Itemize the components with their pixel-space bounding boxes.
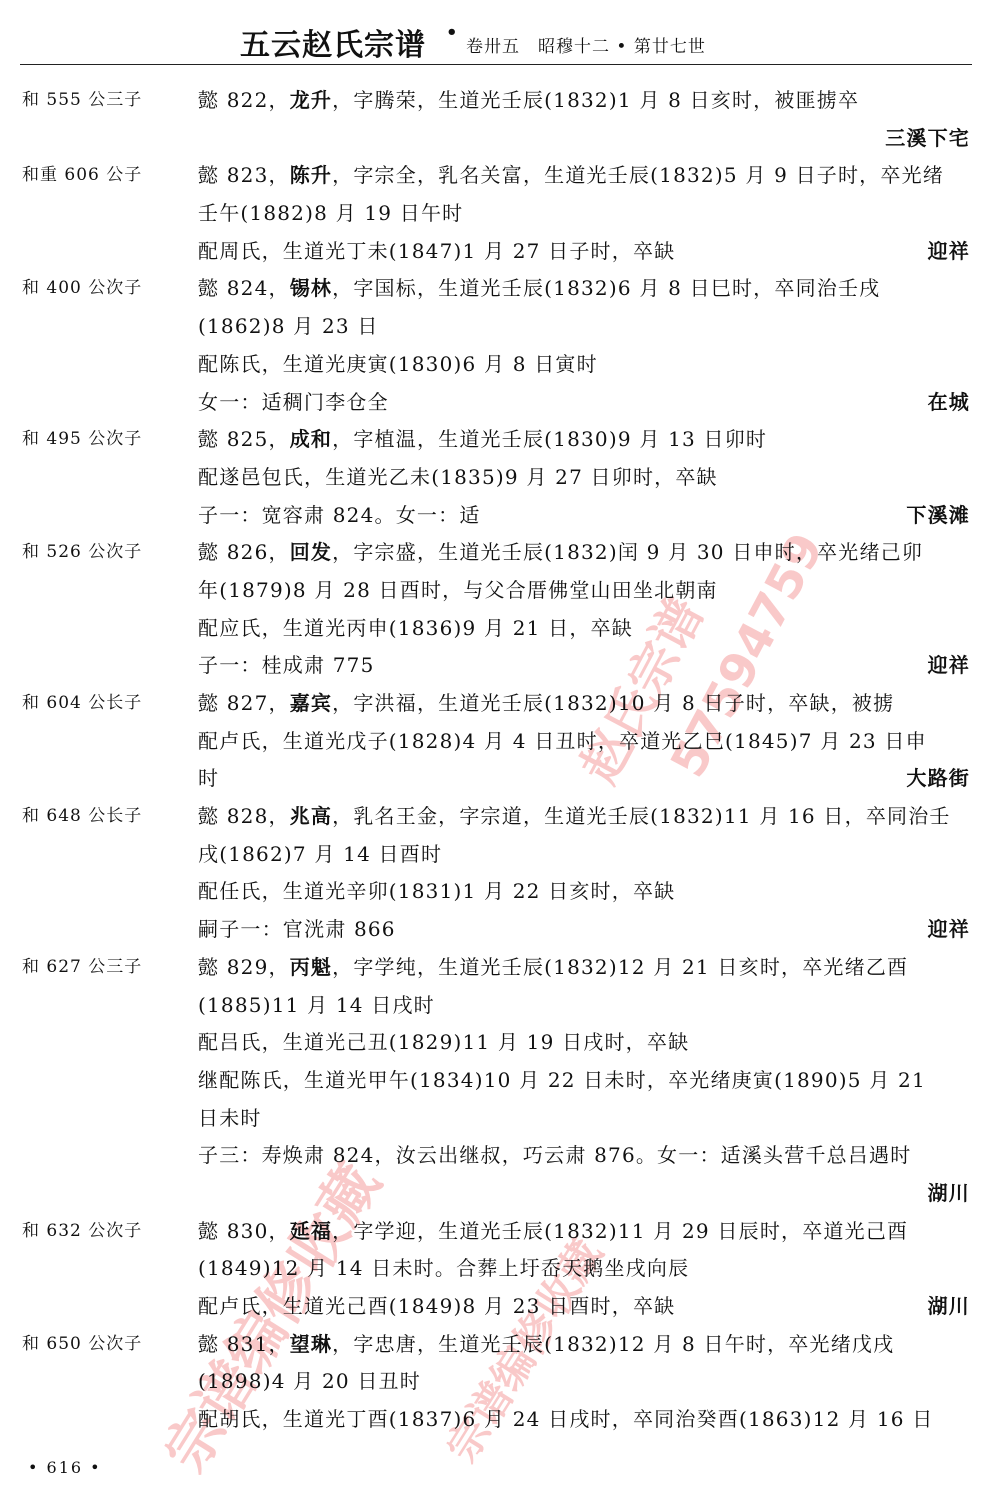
entry-line: 配卢氏，生道光戊子(1828)4 月 4 日丑时，卒道光乙巳(1845)7 月 … xyxy=(0,723,992,761)
entry-detail: 子一：桂成肃 775 xyxy=(198,653,375,677)
entry-text: 年(1879)8 月 28 日酉时，与父合厝佛堂山田坐北朝南 xyxy=(198,572,718,610)
entry-detail: 配卢氏，生道光己酉(1849)8 月 23 日酉时，卒缺 xyxy=(198,1294,675,1318)
entry-line: 配胡氏，生道光丁酉(1837)6 月 24 日戌时，卒同治癸酉(1863)12 … xyxy=(0,1401,992,1439)
entry-line: 日未时 xyxy=(0,1100,992,1138)
entry-text: 懿 830，延福，字学迎，生道光壬辰(1832)11 月 29 日辰时，卒道光己… xyxy=(198,1213,908,1251)
entry-text: 戌(1862)7 月 14 日酉时 xyxy=(198,836,442,874)
entry-line-main: 和 632 公次子懿 830，延福，字学迎，生道光壬辰(1832)11 月 29… xyxy=(0,1213,992,1251)
generation-number: 懿 823， xyxy=(198,163,290,187)
entry-detail: 配卢氏，生道光戊子(1828)4 月 4 日丑时，卒道光乙巳(1845)7 月 … xyxy=(198,729,927,753)
entry-text: 继配陈氏，生道光甲午(1834)10 月 22 日未时，卒光绪庚寅(1890)5… xyxy=(198,1062,926,1100)
page-header: 五云赵氏宗谱 • 卷卅五 昭穆十二 • 第廿七世 xyxy=(0,0,992,66)
generation-number: 懿 828， xyxy=(198,804,290,828)
residence-place: 三溪下宅 xyxy=(885,120,970,158)
person-name: 陈升 xyxy=(290,163,332,187)
entry-text: 子三：寿焕肃 824，汝云出继叔，巧云肃 876。女一：适溪头营千总吕遇时 xyxy=(198,1137,911,1175)
entry-text: 子一：桂成肃 775 xyxy=(198,647,375,685)
entry-detail: ，字学迎，生道光壬辰(1832)11 月 29 日辰时，卒道光己酉 xyxy=(332,1219,908,1243)
entry-text: 日未时 xyxy=(198,1100,262,1138)
entry-line: 配周氏，生道光丁未(1847)1 月 27 日子时，卒缺迎祥 xyxy=(0,233,992,271)
entry-line: 湖川 xyxy=(0,1175,992,1213)
entry-detail: ，字洪福，生道光壬辰(1832)10 月 8 日子时，卒缺，被掳 xyxy=(332,691,894,715)
entry-text: 配卢氏，生道光戊子(1828)4 月 4 日丑时，卒道光乙巳(1845)7 月 … xyxy=(198,723,927,761)
entry-detail: 戌(1862)7 月 14 日酉时 xyxy=(198,842,442,866)
person-name: 成和 xyxy=(290,427,332,451)
entry-text: (1898)4 月 20 日丑时 xyxy=(198,1363,421,1401)
entry-line: 女一：适稠门李仓全在城 xyxy=(0,384,992,422)
entry-text: (1885)11 月 14 日戌时 xyxy=(198,987,435,1025)
generation-number: 懿 826， xyxy=(198,540,290,564)
entry-text: 懿 829，丙魁，字学纯，生道光壬辰(1832)12 月 21 日亥时，卒光绪乙… xyxy=(198,949,908,987)
generation-number: 懿 829， xyxy=(198,955,290,979)
residence-place: 在城 xyxy=(928,384,970,422)
entry-text: 壬午(1882)8 月 19 日午时 xyxy=(198,195,463,233)
generation-number: 懿 827， xyxy=(198,691,290,715)
entry-detail: ，字学纯，生道光壬辰(1832)12 月 21 日亥时，卒光绪乙酉 xyxy=(332,955,908,979)
person-name: 嘉宾 xyxy=(290,691,332,715)
generation-number: 懿 830， xyxy=(198,1219,290,1243)
page-number: • 616 • xyxy=(28,1458,102,1477)
entry-detail: 壬午(1882)8 月 19 日午时 xyxy=(198,201,463,225)
parent-reference: 和重 606 公子 xyxy=(22,157,142,195)
header-rule xyxy=(20,64,972,65)
entry-line: 子一：桂成肃 775迎祥 xyxy=(0,647,992,685)
entry-detail: ，字国标，生道光壬辰(1832)6 月 8 日巳时，卒同治壬戌 xyxy=(332,276,880,300)
book-title: 五云赵氏宗谱 xyxy=(240,20,426,64)
entry-detail: ，乳名王金，字宗道，生道光壬辰(1832)11 月 16 日，卒同治壬 xyxy=(332,804,950,828)
residence-place: 迎祥 xyxy=(928,647,970,685)
entry-text: 配周氏，生道光丁未(1847)1 月 27 日子时，卒缺 xyxy=(198,233,675,271)
parent-reference: 和 650 公次子 xyxy=(22,1326,142,1364)
entry-line: 配遂邑包氏，生道光乙未(1835)9 月 27 日卯时，卒缺 xyxy=(0,459,992,497)
entry-detail: 配应氏，生道光丙申(1836)9 月 21 日，卒缺 xyxy=(198,616,633,640)
person-name: 兆高 xyxy=(290,804,332,828)
entry-line-main: 和重 606 公子懿 823，陈升，字宗全，乳名关富，生道光壬辰(1832)5 … xyxy=(0,157,992,195)
person-name: 丙魁 xyxy=(290,955,332,979)
residence-place: 湖川 xyxy=(928,1175,970,1213)
entry-line-main: 和 400 公次子懿 824，锡林，字国标，生道光壬辰(1832)6 月 8 日… xyxy=(0,270,992,308)
entry-detail: 嗣子一：官洸肃 866 xyxy=(198,917,396,941)
entry-detail: ，字忠唐，生道光壬辰(1832)12 月 8 日午时，卒光绪戊戌 xyxy=(332,1332,894,1356)
entry-detail: 年(1879)8 月 28 日酉时，与父合厝佛堂山田坐北朝南 xyxy=(198,578,718,602)
entry-line: (1849)12 月 14 日未时。合葬上圩岙天鹅坐戌向辰 xyxy=(0,1250,992,1288)
person-name: 望琳 xyxy=(290,1332,332,1356)
entry-detail: (1862)8 月 23 日 xyxy=(198,314,379,338)
entry-text: 懿 827，嘉宾，字洪福，生道光壬辰(1832)10 月 8 日子时，卒缺，被掳 xyxy=(198,685,894,723)
generation-number: 懿 825， xyxy=(198,427,290,451)
residence-place: 湖川 xyxy=(928,1288,970,1326)
entry-detail: (1885)11 月 14 日戌时 xyxy=(198,993,435,1017)
parent-reference: 和 632 公次子 xyxy=(22,1213,142,1251)
entry-text: 懿 825，成和，字植温，生道光壬辰(1830)9 月 13 日卯时 xyxy=(198,421,767,459)
entry-text: 配遂邑包氏，生道光乙未(1835)9 月 27 日卯时，卒缺 xyxy=(198,459,718,497)
entry-detail: 子一：宽容肃 824。女一：适 xyxy=(198,503,481,527)
entry-line: 壬午(1882)8 月 19 日午时 xyxy=(0,195,992,233)
entry-text: 女一：适稠门李仓全 xyxy=(198,384,389,422)
entry-line: 继配陈氏，生道光甲午(1834)10 月 22 日未时，卒光绪庚寅(1890)5… xyxy=(0,1062,992,1100)
entry-line-main: 和 650 公次子懿 831，望琳，字忠唐，生道光壬辰(1832)12 月 8 … xyxy=(0,1326,992,1364)
entry-text: 懿 826，回发，字宗盛，生道光壬辰(1832)闰 9 月 30 日申时，卒光绪… xyxy=(198,534,923,572)
entry-line: 嗣子一：官洸肃 866迎祥 xyxy=(0,911,992,949)
entry-detail: 女一：适稠门李仓全 xyxy=(198,390,389,414)
entry-line: 配卢氏，生道光己酉(1849)8 月 23 日酉时，卒缺湖川 xyxy=(0,1288,992,1326)
entry-line: 子三：寿焕肃 824，汝云出继叔，巧云肃 876。女一：适溪头营千总吕遇时 xyxy=(0,1137,992,1175)
entry-line-main: 和 495 公次子懿 825，成和，字植温，生道光壬辰(1830)9 月 13 … xyxy=(0,421,992,459)
entry-line: 配任氏，生道光辛卯(1831)1 月 22 日亥时，卒缺 xyxy=(0,873,992,911)
entry-text: 配陈氏，生道光庚寅(1830)6 月 8 日寅时 xyxy=(198,346,598,384)
entry-line: 时大路街 xyxy=(0,760,992,798)
parent-reference: 和 526 公次子 xyxy=(22,534,142,572)
entry-line-main: 和 648 公长子懿 828，兆高，乳名王金，字宗道，生道光壬辰(1832)11… xyxy=(0,798,992,836)
residence-place: 迎祥 xyxy=(928,233,970,271)
entry-text: 嗣子一：官洸肃 866 xyxy=(198,911,396,949)
person-name: 锡林 xyxy=(290,276,332,300)
entry-line: (1862)8 月 23 日 xyxy=(0,308,992,346)
entry-line-main: 和 526 公次子懿 826，回发，字宗盛，生道光壬辰(1832)闰 9 月 3… xyxy=(0,534,992,572)
entry-text: 懿 831，望琳，字忠唐，生道光壬辰(1832)12 月 8 日午时，卒光绪戊戌 xyxy=(198,1326,894,1364)
parent-reference: 和 604 公长子 xyxy=(22,685,142,723)
entry-detail: 配遂邑包氏，生道光乙未(1835)9 月 27 日卯时，卒缺 xyxy=(198,465,718,489)
entry-line-main: 和 555 公三子懿 822，龙升，字腾荣，生道光壬辰(1832)1 月 8 日… xyxy=(0,82,992,120)
entry-detail: 配任氏，生道光辛卯(1831)1 月 22 日亥时，卒缺 xyxy=(198,879,675,903)
entry-line: 配陈氏，生道光庚寅(1830)6 月 8 日寅时 xyxy=(0,346,992,384)
entry-line: 戌(1862)7 月 14 日酉时 xyxy=(0,836,992,874)
entry-detail: (1849)12 月 14 日未时。合葬上圩岙天鹅坐戌向辰 xyxy=(198,1256,689,1280)
generation-number: 懿 822， xyxy=(198,88,290,112)
entry-detail: (1898)4 月 20 日丑时 xyxy=(198,1369,421,1393)
entry-text: 配吕氏，生道光己丑(1829)11 月 19 日戌时，卒缺 xyxy=(198,1024,689,1062)
entry-line: (1898)4 月 20 日丑时 xyxy=(0,1363,992,1401)
entry-text: 配应氏，生道光丙申(1836)9 月 21 日，卒缺 xyxy=(198,610,633,648)
entry-text: 懿 823，陈升，字宗全，乳名关富，生道光壬辰(1832)5 月 9 日子时，卒… xyxy=(198,157,944,195)
entry-text: 时 xyxy=(198,760,219,798)
generation-number: 懿 831， xyxy=(198,1332,290,1356)
generation-number: 懿 824， xyxy=(198,276,290,300)
entry-detail: ，字植温，生道光壬辰(1830)9 月 13 日卯时 xyxy=(332,427,767,451)
title-separator: • xyxy=(446,22,458,43)
entry-text: (1862)8 月 23 日 xyxy=(198,308,379,346)
entry-text: (1849)12 月 14 日未时。合葬上圩岙天鹅坐戌向辰 xyxy=(198,1250,689,1288)
residence-place: 大路街 xyxy=(906,760,970,798)
entry-line: (1885)11 月 14 日戌时 xyxy=(0,987,992,1025)
person-name: 延福 xyxy=(290,1219,332,1243)
parent-reference: 和 648 公长子 xyxy=(22,798,142,836)
section-subtitle: 卷卅五 昭穆十二 • 第廿七世 xyxy=(466,32,706,57)
entry-text: 懿 828，兆高，乳名王金，字宗道，生道光壬辰(1832)11 月 16 日，卒… xyxy=(198,798,951,836)
entry-text: 子一：宽容肃 824。女一：适 xyxy=(198,497,481,535)
entry-detail: 配吕氏，生道光己丑(1829)11 月 19 日戌时，卒缺 xyxy=(198,1030,689,1054)
entry-detail: ，字腾荣，生道光壬辰(1832)1 月 8 日亥时，被匪掳卒 xyxy=(332,88,859,112)
genealogy-entries: 和 555 公三子懿 822，龙升，字腾荣，生道光壬辰(1832)1 月 8 日… xyxy=(0,82,992,1439)
entry-detail: 配陈氏，生道光庚寅(1830)6 月 8 日寅时 xyxy=(198,352,598,376)
entry-text: 懿 822，龙升，字腾荣，生道光壬辰(1832)1 月 8 日亥时，被匪掳卒 xyxy=(198,82,859,120)
person-name: 回发 xyxy=(290,540,332,564)
residence-place: 迎祥 xyxy=(928,911,970,949)
entry-text: 配卢氏，生道光己酉(1849)8 月 23 日酉时，卒缺 xyxy=(198,1288,675,1326)
entry-text: 配任氏，生道光辛卯(1831)1 月 22 日亥时，卒缺 xyxy=(198,873,675,911)
parent-reference: 和 555 公三子 xyxy=(22,82,142,120)
residence-place: 下溪滩 xyxy=(906,497,970,535)
entry-line: 配应氏，生道光丙申(1836)9 月 21 日，卒缺 xyxy=(0,610,992,648)
entry-detail: 配周氏，生道光丁未(1847)1 月 27 日子时，卒缺 xyxy=(198,239,675,263)
parent-reference: 和 495 公次子 xyxy=(22,421,142,459)
person-name: 龙升 xyxy=(290,88,332,112)
entry-detail: 日未时 xyxy=(198,1106,262,1130)
entry-detail: 子三：寿焕肃 824，汝云出继叔，巧云肃 876。女一：适溪头营千总吕遇时 xyxy=(198,1143,911,1167)
entry-detail: 时 xyxy=(198,766,219,790)
parent-reference: 和 627 公三子 xyxy=(22,949,142,987)
entry-line: 配吕氏，生道光己丑(1829)11 月 19 日戌时，卒缺 xyxy=(0,1024,992,1062)
entry-detail: 继配陈氏，生道光甲午(1834)10 月 22 日未时，卒光绪庚寅(1890)5… xyxy=(198,1068,926,1092)
entry-line: 三溪下宅 xyxy=(0,120,992,158)
entry-line-main: 和 627 公三子懿 829，丙魁，字学纯，生道光壬辰(1832)12 月 21… xyxy=(0,949,992,987)
entry-text: 懿 824，锡林，字国标，生道光壬辰(1832)6 月 8 日巳时，卒同治壬戌 xyxy=(198,270,880,308)
entry-line-main: 和 604 公长子懿 827，嘉宾，字洪福，生道光壬辰(1832)10 月 8 … xyxy=(0,685,992,723)
entry-detail: 配胡氏，生道光丁酉(1837)6 月 24 日戌时，卒同治癸酉(1863)12 … xyxy=(198,1407,933,1431)
parent-reference: 和 400 公次子 xyxy=(22,270,142,308)
entry-line: 子一：宽容肃 824。女一：适下溪滩 xyxy=(0,497,992,535)
entry-detail: ，字宗全，乳名关富，生道光壬辰(1832)5 月 9 日子时，卒光绪 xyxy=(332,163,944,187)
entry-line: 年(1879)8 月 28 日酉时，与父合厝佛堂山田坐北朝南 xyxy=(0,572,992,610)
entry-text: 配胡氏，生道光丁酉(1837)6 月 24 日戌时，卒同治癸酉(1863)12 … xyxy=(198,1401,933,1439)
entry-detail: ，字宗盛，生道光壬辰(1832)闰 9 月 30 日申时，卒光绪己卯 xyxy=(332,540,923,564)
